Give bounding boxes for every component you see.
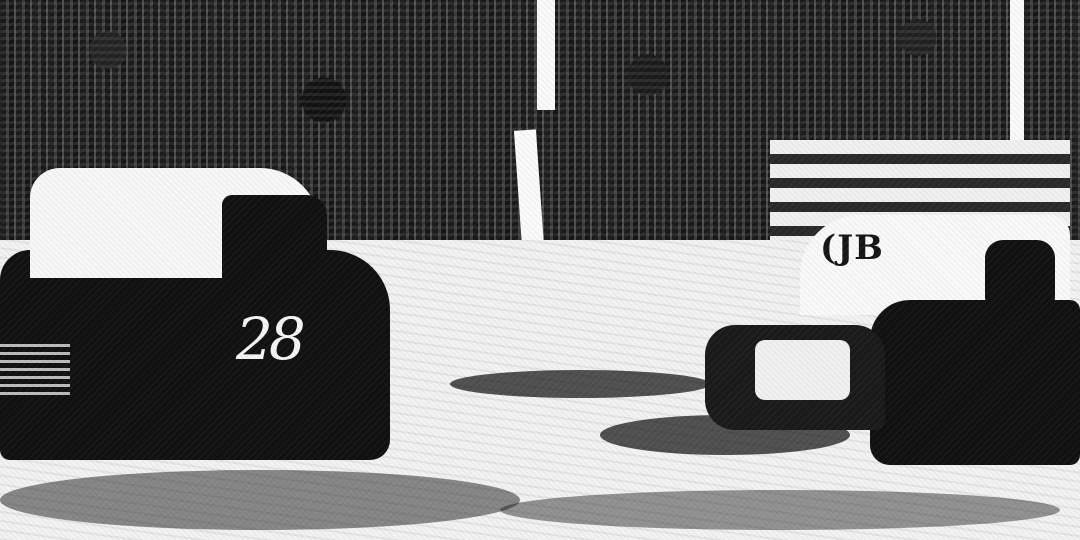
car-left-cab (222, 195, 327, 305)
track-rut (450, 370, 710, 398)
car-right-body (870, 300, 1080, 465)
utility-pole-right (1010, 0, 1024, 140)
track-rut (0, 470, 520, 530)
track-rut (500, 490, 1060, 530)
utility-pole (537, 0, 555, 110)
car-right-grille (755, 340, 850, 400)
car-right-door-marking: (JB (820, 228, 884, 268)
car-left-grille (0, 340, 70, 400)
car-number: 28 (236, 310, 302, 368)
race-photo: 28 (JB (0, 0, 1080, 540)
